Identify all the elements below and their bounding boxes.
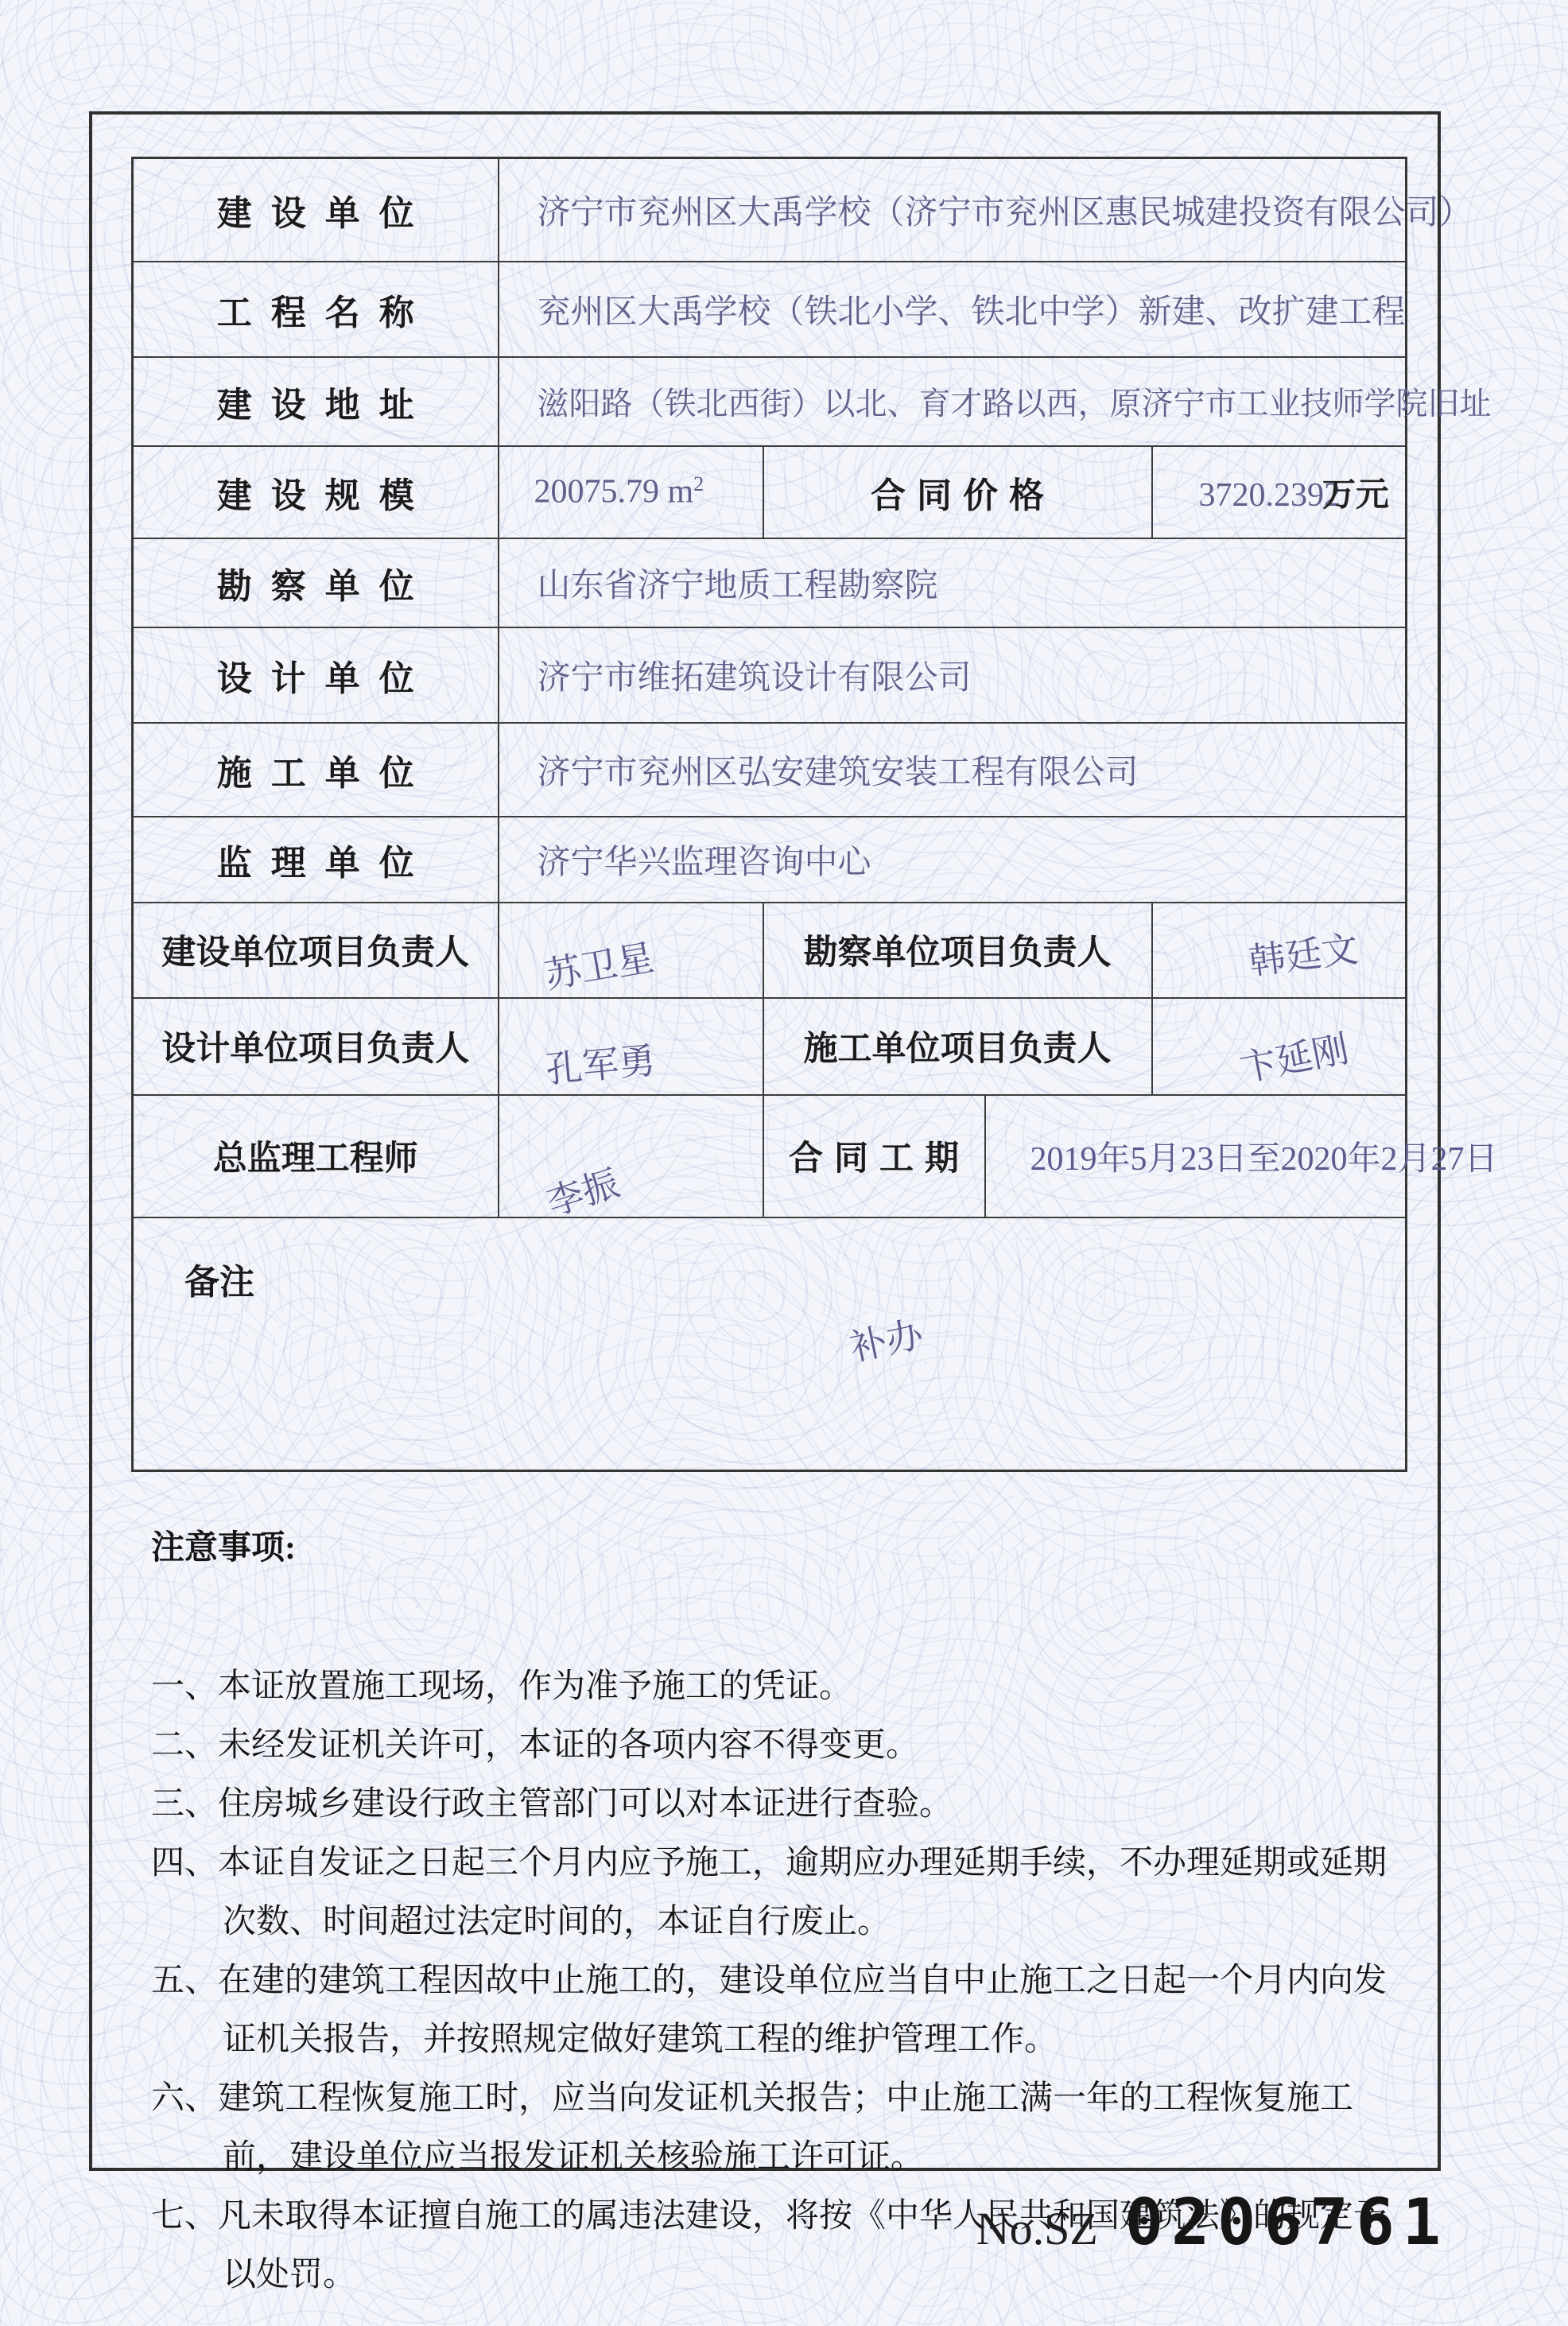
- builder-manager-value: 卞延刚: [1152, 998, 1407, 1095]
- table-row: 勘察单位 山东省济宁地质工程勘察院: [133, 538, 1407, 627]
- construction-address-label: 建设地址: [133, 357, 499, 446]
- construction-address-value: 滋阳路（铁北西街）以北、育才路以西，原济宁市工业技师学院旧址: [499, 357, 1407, 446]
- note-marker: 一、: [151, 1668, 218, 1705]
- owner-manager-label: 建设单位项目负责人: [133, 903, 499, 998]
- table-row: 建设地址 滋阳路（铁北西街）以北、育才路以西，原济宁市工业技师学院旧址: [133, 357, 1407, 446]
- table-row: 监理单位 济宁华兴监理咨询中心: [133, 817, 1407, 903]
- builder-unit-value: 济宁市兖州区弘安建筑安装工程有限公司: [499, 723, 1407, 817]
- project-name-label: 工程名称: [133, 262, 499, 357]
- design-manager-signature: 孔军勇: [543, 1031, 657, 1093]
- note-text: 在建的建筑工程因故中止施工的，建设单位应当自中止施工之日起一个月内向发证机关报告…: [218, 1963, 1387, 2058]
- remark-label: 备注: [184, 1253, 254, 1304]
- price-number: 3720.2392: [1199, 477, 1341, 514]
- table-row: 建设单位 济宁市兖州区大禹学校（济宁市兖州区惠民城建投资有限公司）: [133, 158, 1407, 262]
- serial-number: 0206761: [1125, 2185, 1449, 2259]
- remark-value: 补办: [844, 1305, 927, 1372]
- price-unit: 万元: [1322, 477, 1389, 514]
- permit-info-table: 建设单位 济宁市兖州区大禹学校（济宁市兖州区惠民城建投资有限公司） 工程名称 兖…: [131, 157, 1407, 1472]
- construction-unit-value: 济宁市兖州区大禹学校（济宁市兖州区惠民城建投资有限公司）: [499, 158, 1407, 262]
- permit-document-sheet: 建设单位 济宁市兖州区大禹学校（济宁市兖州区惠民城建投资有限公司） 工程名称 兖…: [0, 0, 1568, 2326]
- contract-price-value: 3720.2392万元: [1152, 446, 1407, 538]
- builder-manager-signature: 卞延刚: [1234, 1019, 1352, 1092]
- chief-supervisor-label: 总监理工程师: [133, 1095, 499, 1217]
- design-manager-value: 孔军勇: [499, 998, 763, 1095]
- note-text: 建筑工程恢复施工时，应当向发证机关报告；中止施工满一年的工程恢复施工前，建设单位…: [218, 2080, 1353, 2176]
- serial-number-line: No.SZ 0206761: [976, 2185, 1449, 2259]
- construction-unit-label: 建设单位: [133, 158, 499, 262]
- note-marker: 六、: [151, 2080, 218, 2117]
- chief-supervisor-signature: 李振: [539, 1154, 625, 1226]
- notes-title: 注意事项:: [151, 1519, 1412, 1578]
- survey-manager-value: 韩廷文: [1152, 903, 1407, 998]
- note-marker: 四、: [151, 1845, 218, 1881]
- note-item-1: 一、本证放置施工现场，作为准予施工的凭证。: [151, 1657, 1412, 1716]
- design-manager-label: 设计单位项目负责人: [133, 998, 499, 1095]
- table-row: 建设规模 20075.79 m2 合同价格 3720.2392万元: [133, 446, 1407, 538]
- table-row: 施工单位 济宁市兖州区弘安建筑安装工程有限公司: [133, 723, 1407, 817]
- note-marker: 二、: [151, 1727, 218, 1764]
- table-row: 备注 补办: [133, 1217, 1407, 1471]
- note-text: 住房城乡建设行政主管部门可以对本证进行查验。: [218, 1786, 953, 1823]
- table-row: 设计单位项目负责人 孔军勇 施工单位项目负责人 卞延刚: [133, 998, 1407, 1095]
- note-item-5: 五、在建的建筑工程因故中止施工的，建设单位应当自中止施工之日起一个月内向发证机关…: [151, 1951, 1412, 2069]
- note-marker: 五、: [151, 1963, 218, 1999]
- construction-scale-label: 建设规模: [133, 446, 499, 538]
- note-text: 本证放置施工现场，作为准予施工的凭证。: [218, 1668, 852, 1705]
- table-row: 建设单位项目负责人 苏卫星 勘察单位项目负责人 韩廷文: [133, 903, 1407, 998]
- area-unit: m: [668, 474, 694, 511]
- survey-manager-label: 勘察单位项目负责人: [763, 903, 1152, 998]
- design-unit-value: 济宁市维拓建筑设计有限公司: [499, 627, 1407, 723]
- note-item-6: 六、建筑工程恢复施工时，应当向发证机关报告；中止施工满一年的工程恢复施工前，建设…: [151, 2069, 1412, 2187]
- area-number: 20075.79: [534, 474, 660, 511]
- contract-price-label: 合同价格: [763, 446, 1152, 538]
- note-item-2: 二、未经发证机关许可，本证的各项内容不得变更。: [151, 1716, 1412, 1775]
- builder-manager-label: 施工单位项目负责人: [763, 998, 1152, 1095]
- remark-cell: 备注 补办: [133, 1217, 1407, 1471]
- contract-period-value: 2019年5月23日至2020年2月27日: [985, 1095, 1407, 1217]
- serial-prefix: No.SZ: [976, 2202, 1098, 2255]
- note-item-3: 三、住房城乡建设行政主管部门可以对本证进行查验。: [151, 1775, 1412, 1834]
- builder-unit-label: 施工单位: [133, 723, 499, 817]
- survey-unit-label: 勘察单位: [133, 538, 499, 627]
- design-unit-label: 设计单位: [133, 627, 499, 723]
- survey-manager-signature: 韩廷文: [1245, 919, 1360, 984]
- note-text: 未经发证机关许可，本证的各项内容不得变更。: [218, 1727, 919, 1764]
- table-row: 设计单位 济宁市维拓建筑设计有限公司: [133, 627, 1407, 723]
- chief-supervisor-value: 李振: [499, 1095, 763, 1217]
- construction-scale-value: 20075.79 m2: [499, 446, 763, 538]
- table-row: 工程名称 兖州区大禹学校（铁北小学、铁北中学）新建、改扩建工程: [133, 262, 1407, 357]
- note-item-4: 四、本证自发证之日起三个月内应予施工，逾期应办理延期手续，不办理延期或延期次数、…: [151, 1834, 1412, 1951]
- note-marker: 三、: [151, 1786, 218, 1823]
- owner-manager-signature: 苏卫星: [540, 928, 657, 999]
- project-name-value: 兖州区大禹学校（铁北小学、铁北中学）新建、改扩建工程: [499, 262, 1407, 357]
- supervision-unit-value: 济宁华兴监理咨询中心: [499, 817, 1407, 903]
- note-marker: 七、: [151, 2198, 218, 2235]
- contract-period-label: 合同工期: [763, 1095, 985, 1217]
- survey-unit-value: 山东省济宁地质工程勘察院: [499, 538, 1407, 627]
- note-text: 本证自发证之日起三个月内应予施工，逾期应办理延期手续，不办理延期或延期次数、时间…: [218, 1845, 1387, 1940]
- area-unit-superscript: 2: [693, 472, 704, 495]
- table-row: 总监理工程师 李振 合同工期 2019年5月23日至2020年2月27日: [133, 1095, 1407, 1217]
- supervision-unit-label: 监理单位: [133, 817, 499, 903]
- owner-manager-value: 苏卫星: [499, 903, 763, 998]
- outer-border-frame: 建设单位 济宁市兖州区大禹学校（济宁市兖州区惠民城建投资有限公司） 工程名称 兖…: [89, 111, 1441, 2171]
